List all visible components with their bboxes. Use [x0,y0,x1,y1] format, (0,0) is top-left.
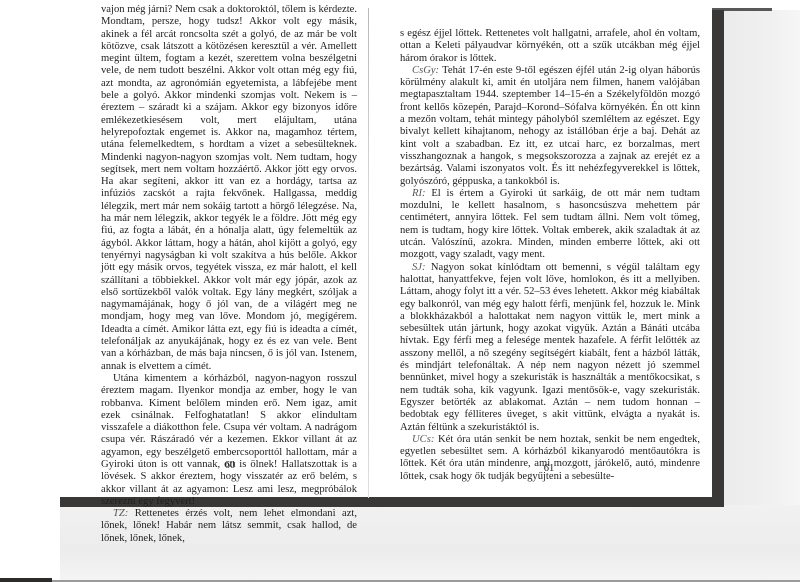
paragraph: Utána kimentem a kórházból, nagyon-nagyo… [101,373,357,508]
right-page-text: s egész éjjel lőttek. Rettenetes volt ha… [400,28,700,483]
paragraph: SJ: Nagyon sokat kínlódtam ott bemenni, … [400,262,700,434]
scanner-shadow-right [722,10,800,505]
paragraph: RI: El is értem a Gyiroki út sarkáig, de… [400,188,700,262]
book-edge-right [712,10,724,505]
paragraph-text: Rettenetes érzés volt, nem lehet elmonda… [101,508,357,544]
paragraph-text: Tehát 17-én este 9-től egészen éjfél utá… [400,65,700,187]
page-number-left: 60 [210,460,250,471]
paragraph: vajon még járni? Nem csak a doktoroktól,… [101,4,357,373]
paragraph-text: El is értem a Gyiroki út sarkáig, de ott… [400,188,700,260]
speaker-initials: TZ: [113,508,128,519]
scanner-corner-mark [0,578,52,582]
paragraph: UCs: Két óra után senkit be nem hoztak, … [400,434,700,483]
paragraph-text: Két óra után senkit be nem hoztak, senki… [400,434,700,482]
speaker-initials: SJ: [412,262,426,273]
paragraph-text: s egész éjjel lőttek. Rettenetes volt ha… [400,28,700,64]
paragraph-text: vajon még járni? Nem csak a doktoroktól,… [101,4,357,372]
page-number-right: 61 [529,463,569,474]
paragraph: TZ: Rettenetes érzés volt, nem lehet elm… [101,508,357,545]
paragraph: CsGy: Tehát 17-én este 9-től egészen éjf… [400,65,700,188]
paragraph-text: Utána kimentem a kórházból, nagyon-nagyo… [101,373,357,507]
speaker-initials: CsGy: [412,65,439,76]
speaker-initials: UCs: [412,434,434,445]
paragraph-text: Nagyon sokat kínlódtam ott bemenni, s vé… [400,262,700,433]
book-gutter [368,8,369,498]
speaker-initials: RI: [412,188,426,199]
paragraph: s egész éjjel lőttek. Rettenetes volt ha… [400,28,700,65]
